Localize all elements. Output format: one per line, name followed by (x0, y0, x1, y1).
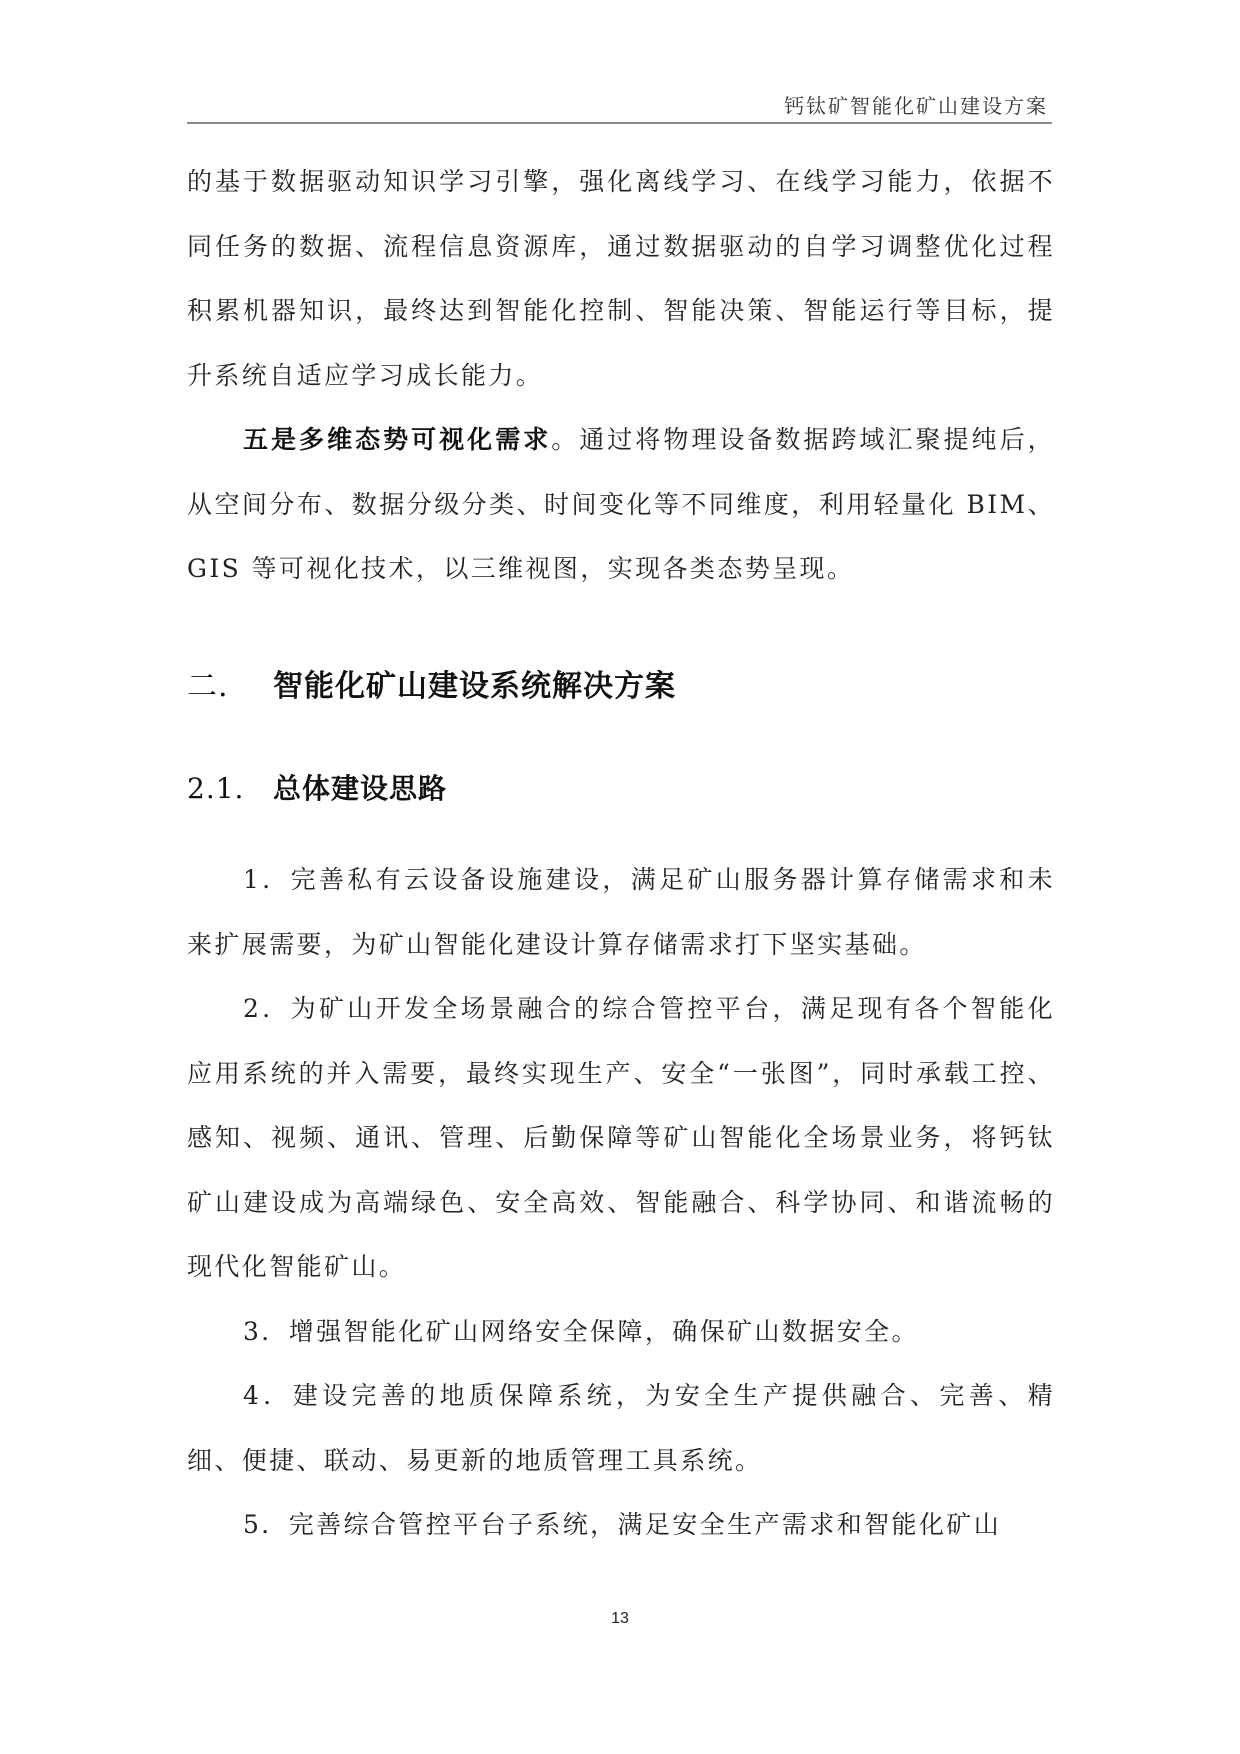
subsection-title: 总体建设思路 (273, 772, 447, 805)
list-item: 1．完善私有云设备设施建设，满足矿山服务器计算存储需求和未来扩展需要，为矿山智能… (187, 848, 1055, 977)
page-number: 13 (0, 1610, 1240, 1628)
list-item: 3．增强智能化矿山网络安全保障，确保矿山数据安全。 (187, 1300, 1055, 1365)
section-title: 智能化矿山建设系统解决方案 (273, 669, 676, 704)
list-item: 5．完善综合管控平台子系统，满足安全生产需求和智能化矿山 (187, 1493, 1055, 1558)
numbered-list: 1．完善私有云设备设施建设，满足矿山服务器计算存储需求和未来扩展需要，为矿山智能… (187, 848, 1055, 1558)
paragraph-visualization-need: 五是多维态势可视化需求。通过将物理设备数据跨域汇聚提纯后，从空间分布、数据分级分… (187, 408, 1055, 602)
list-item: 2．为矿山开发全场景融合的综合管控平台，满足现有各个智能化应用系统的并入需要，最… (187, 977, 1055, 1300)
list-item: 4．建设完善的地质保障系统，为安全生产提供融合、完善、精细、便捷、联动、易更新的… (187, 1364, 1055, 1493)
document-title: 钙钛矿智能化矿山建设方案 (784, 90, 1048, 119)
paragraph-lead-bold: 五是多维态势可视化需求 (243, 425, 551, 454)
section-heading: 二.智能化矿山建设系统解决方案 (187, 661, 676, 705)
paragraph-continuation: 的基于数据驱动知识学习引擎，强化离线学习、在线学习能力，依据不同任务的数据、流程… (187, 150, 1055, 408)
text-block-item-five: 五是多维态势可视化需求。通过将物理设备数据跨域汇聚提纯后，从空间分布、数据分级分… (187, 408, 1055, 602)
subsection-heading: 2.1.总体建设思路 (187, 767, 447, 807)
subsection-number: 2.1. (187, 772, 273, 805)
page-header: 钙钛矿智能化矿山建设方案 (187, 88, 1052, 124)
text-block-intro: 的基于数据驱动知识学习引擎，强化离线学习、在线学习能力，依据不同任务的数据、流程… (187, 150, 1055, 408)
section-number: 二. (187, 661, 273, 705)
